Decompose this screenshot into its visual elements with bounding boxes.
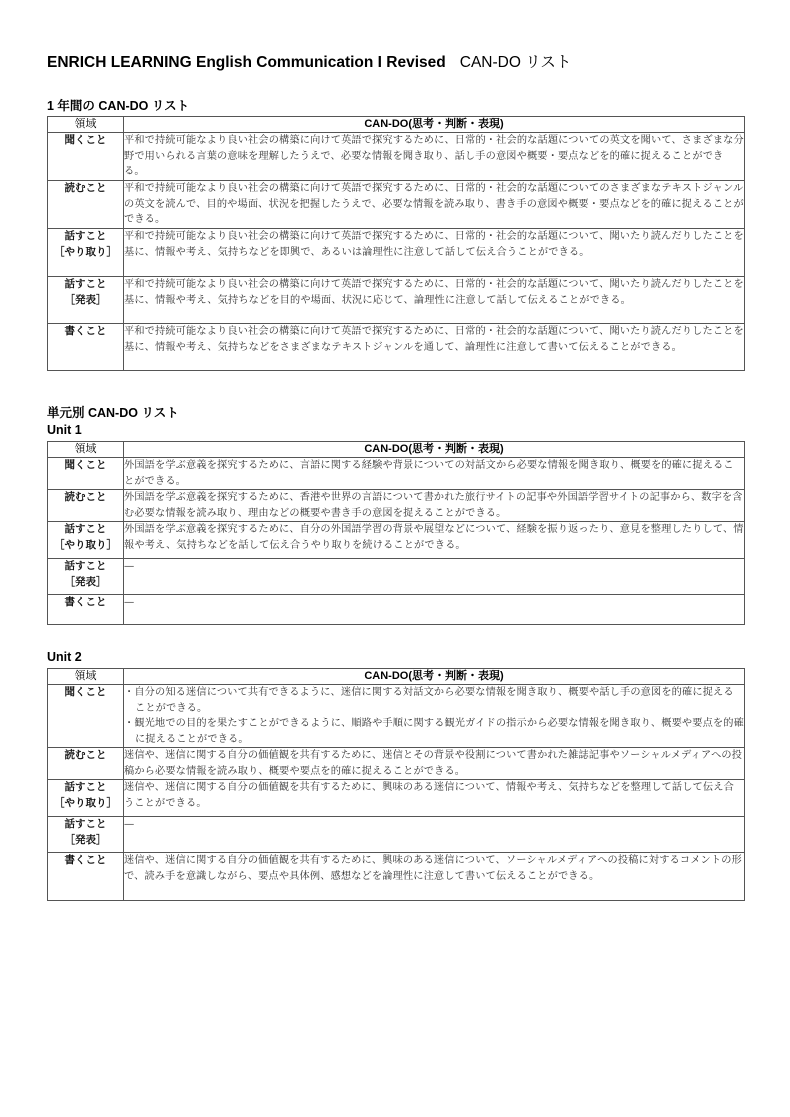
table-row: 読むこと 平和で持続可能なより良い社会の構築に向けて英語で探究するために、日常的…: [48, 181, 745, 229]
domain-cell: 読むこと: [48, 181, 124, 229]
column-header-cando: CAN-DO(思考・判断・表現): [124, 117, 745, 133]
domain-cell: 読むこと: [48, 490, 124, 522]
domain-cell: 話すこと ［発表］: [48, 277, 124, 324]
domain-cell: 書くこと: [48, 853, 124, 901]
cando-cell: 平和で持続可能なより良い社会の構築に向けて英語で探究するために、日常的・社会的な…: [124, 324, 745, 371]
unit1-cando-table: 領域 CAN-DO(思考・判断・表現) 聞くこと 外国語を学ぶ意義を探究するため…: [47, 441, 745, 625]
table-header-row: 領域 CAN-DO(思考・判断・表現): [48, 442, 745, 458]
document-title-main: ENRICH LEARNING English Communication I …: [47, 54, 446, 71]
table-row: 聞くこと 外国語を学ぶ意義を探究するために、言語に関する経験や背景についての対話…: [48, 458, 745, 490]
document-title: ENRICH LEARNING English Communication I …: [47, 50, 571, 72]
document-title-suffix: CAN-DO リスト: [460, 54, 572, 71]
table-row: 書くこと 迷信や、迷信に関する自分の価値観を共有するために、興味のある迷信につい…: [48, 853, 745, 901]
cando-cell: 外国語を学ぶ意義を探究するために、言語に関する経験や背景についての対話文から必要…: [124, 458, 745, 490]
domain-cell: 話すこと ［やり取り］: [48, 522, 124, 559]
table-row: 聞くこと ・自分の知る迷信について共有できるように、迷信に関する対話文から必要な…: [48, 685, 745, 748]
column-header-domain: 領域: [48, 442, 124, 458]
cando-cell: —: [124, 817, 745, 853]
domain-cell: 書くこと: [48, 595, 124, 625]
units-section-title: 単元別 CAN-DO リスト: [47, 403, 179, 421]
domain-cell: 読むこと: [48, 748, 124, 780]
table-row: 話すこと ［やり取り］ 外国語を学ぶ意義を探究するために、自分の外国語学習の背景…: [48, 522, 745, 559]
table-row: 話すこと ［発表］ 平和で持続可能なより良い社会の構築に向けて英語で探究するため…: [48, 277, 745, 324]
table-row: 話すこと ［発表］ —: [48, 817, 745, 853]
cando-cell: 平和で持続可能なより良い社会の構築に向けて英語で探究するために、日常的・社会的な…: [124, 181, 745, 229]
table-header-row: 領域 CAN-DO(思考・判断・表現): [48, 669, 745, 685]
table-row: 読むこと 外国語を学ぶ意義を探究するために、香港や世界の言語について書かれた旅行…: [48, 490, 745, 522]
domain-cell: 聞くこと: [48, 685, 124, 748]
table-row: 話すこと ［やり取り］ 平和で持続可能なより良い社会の構築に向けて英語で探究する…: [48, 229, 745, 277]
column-header-domain: 領域: [48, 669, 124, 685]
cando-cell: 平和で持続可能なより良い社会の構築に向けて英語で探究するために、日常的・社会的な…: [124, 277, 745, 324]
unit2-title: Unit 2: [47, 650, 82, 664]
table-row: 話すこと ［やり取り］ 迷信や、迷信に関する自分の価値観を共有するために、興味の…: [48, 780, 745, 817]
cando-cell: —: [124, 559, 745, 595]
column-header-cando: CAN-DO(思考・判断・表現): [124, 442, 745, 458]
column-header-domain: 領域: [48, 117, 124, 133]
bullet-item: ・自分の知る迷信について共有できるように、迷信に関する対話文から必要な情報を聞き…: [124, 685, 744, 716]
cando-cell: 迷信や、迷信に関する自分の価値観を共有するために、興味のある迷信について、情報や…: [124, 780, 745, 817]
domain-cell: 書くこと: [48, 324, 124, 371]
domain-cell: 話すこと ［やり取り］: [48, 780, 124, 817]
table-row: 書くこと 平和で持続可能なより良い社会の構築に向けて英語で探究するために、日常的…: [48, 324, 745, 371]
unit1-title: Unit 1: [47, 423, 82, 437]
domain-cell: 話すこと ［やり取り］: [48, 229, 124, 277]
unit2-cando-table: 領域 CAN-DO(思考・判断・表現) 聞くこと ・自分の知る迷信について共有で…: [47, 668, 745, 901]
table-row: 読むこと 迷信や、迷信に関する自分の価値観を共有するために、迷信とその背景や役割…: [48, 748, 745, 780]
table-row: 書くこと —: [48, 595, 745, 625]
cando-cell: 平和で持続可能なより良い社会の構築に向けて英語で探究するために、日常的・社会的な…: [124, 229, 745, 277]
cando-cell: 迷信や、迷信に関する自分の価値観を共有するために、興味のある迷信について、ソーシ…: [124, 853, 745, 901]
bullet-item: ・観光地での目的を果たすことができるように、順路や手順に関する観光ガイドの指示か…: [124, 716, 744, 747]
cando-cell: 外国語を学ぶ意義を探究するために、自分の外国語学習の背景や展望などについて、経験…: [124, 522, 745, 559]
cando-cell: 迷信や、迷信に関する自分の価値観を共有するために、迷信とその背景や役割について書…: [124, 748, 745, 780]
cando-cell: ・自分の知る迷信について共有できるように、迷信に関する対話文から必要な情報を聞き…: [124, 685, 745, 748]
cando-cell: —: [124, 595, 745, 625]
cando-cell: 外国語を学ぶ意義を探究するために、香港や世界の言語について書かれた旅行サイトの記…: [124, 490, 745, 522]
domain-cell: 聞くこと: [48, 458, 124, 490]
cando-cell: 平和で持続可能なより良い社会の構築に向けて英語で探究するために、日常的・社会的な…: [124, 133, 745, 181]
domain-cell: 話すこと ［発表］: [48, 817, 124, 853]
column-header-cando: CAN-DO(思考・判断・表現): [124, 669, 745, 685]
domain-cell: 話すこと ［発表］: [48, 559, 124, 595]
table-header-row: 領域 CAN-DO(思考・判断・表現): [48, 117, 745, 133]
domain-cell: 聞くこと: [48, 133, 124, 181]
annual-section-title: 1 年間の CAN-DO リスト: [47, 96, 189, 114]
annual-cando-table: 領域 CAN-DO(思考・判断・表現) 聞くこと 平和で持続可能なより良い社会の…: [47, 116, 745, 371]
table-row: 話すこと ［発表］ —: [48, 559, 745, 595]
table-row: 聞くこと 平和で持続可能なより良い社会の構築に向けて英語で探究するために、日常的…: [48, 133, 745, 181]
